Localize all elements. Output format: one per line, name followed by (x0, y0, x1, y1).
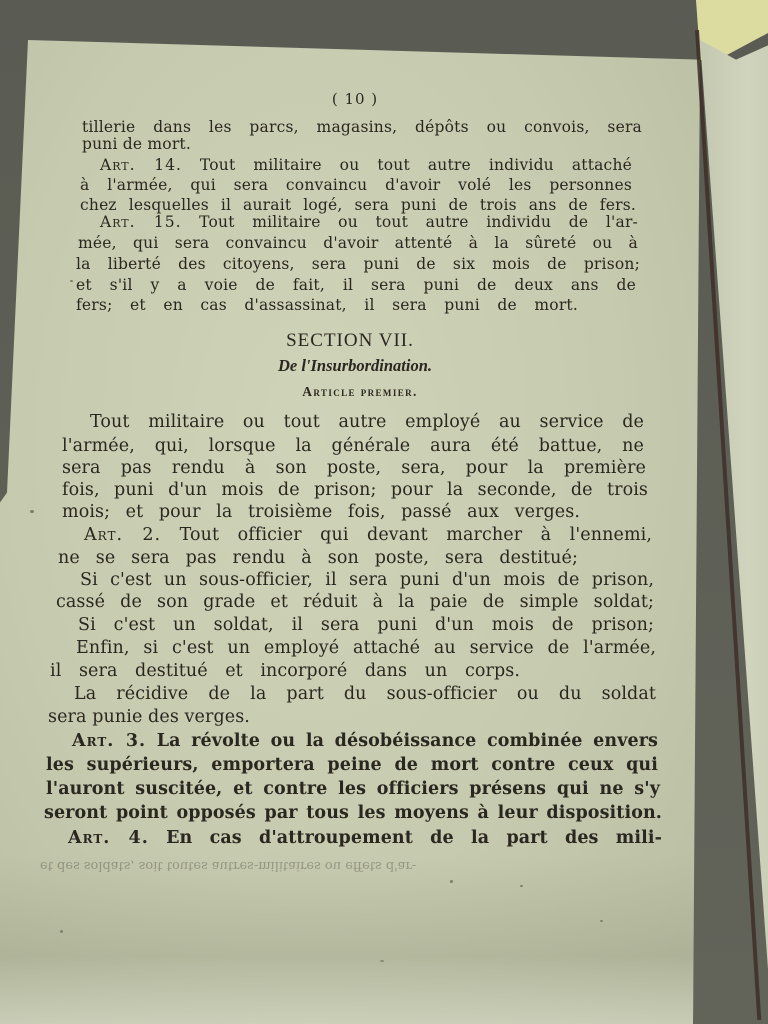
text-line: mois; et pour la troisième fois, passé a… (62, 502, 580, 522)
text-line: l'armée, qui, lorsque la générale aura é… (62, 436, 644, 456)
text-line: chez lesquelles il aurait logé, sera pun… (80, 196, 636, 214)
text-line: Tout officier qui devant marcher à l'enn… (180, 525, 652, 545)
article-14-first-line: Art. 14. Tout militaire ou tout autre in… (100, 156, 632, 174)
article-label: Art. 2. (84, 525, 161, 545)
article-heading: Article premier. (260, 384, 460, 400)
paper-speck (450, 880, 453, 883)
article-4-first-line: Art. 4. En cas d'attroupement de la part… (68, 828, 662, 848)
section-title: SECTION VII. (250, 330, 450, 352)
paper-speck (70, 280, 73, 282)
text-line: il sera destitué et incorporé dans un co… (50, 661, 520, 681)
text-line: La récidive de la part du sous-officier … (74, 684, 656, 704)
text-line: Enfin, si c'est un employé attaché au se… (76, 638, 656, 658)
article-label: Art. 15. (100, 213, 182, 231)
text-line: l'auront suscitée, et contre les officie… (46, 779, 660, 799)
text-line: Si c'est un soldat, il sera puni d'un mo… (78, 615, 654, 635)
bleed-through-text: et des soldats, soit toutes autres-milit… (40, 858, 680, 873)
article-label: Art. 4. (68, 828, 149, 848)
paper-speck (520, 885, 523, 887)
paper-speck (380, 960, 384, 962)
text-line: tillerie dans les parcs, magasins, dépôt… (82, 118, 642, 136)
text-line: Tout militaire ou tout autre individu de… (199, 213, 638, 231)
paper-speck (60, 930, 63, 933)
page-number: ( 10 ) (300, 90, 410, 108)
text-line: Tout militaire ou tout autre individu at… (200, 156, 632, 174)
text-line: La révolte ou la désobéissance combinée … (157, 731, 658, 751)
text-line: puni de mort. (82, 135, 191, 153)
article-2-first-line: Art. 2. Tout officier qui devant marcher… (84, 525, 652, 545)
section-subtitle: De l'Insurbordination. (240, 356, 470, 376)
text-line: les supérieurs, emportera peine de mort … (46, 755, 658, 775)
text-line: fers; et en cas d'assassinat, il sera pu… (76, 296, 578, 314)
facing-page-edge (700, 40, 768, 1024)
text-line: sera punie des verges. (48, 707, 250, 727)
scanned-page-photo: ( 10 ) tillerie dans les parcs, magasins… (0, 0, 768, 1024)
text-line: sera pas rendu à son poste, sera, pour l… (62, 458, 646, 478)
text-line: cassé de son grade et réduit à la paie d… (56, 592, 654, 612)
text-line: En cas d'attroupement de la part des mil… (166, 828, 662, 848)
text-line: ne se sera pas rendu à son poste, sera d… (58, 548, 578, 568)
text-line: seront point opposés par tous les moyens… (44, 803, 662, 823)
text-line: à l'armée, qui sera convaincu d'avoir vo… (80, 176, 632, 194)
article-15-first-line: Art. 15. Tout militaire ou tout autre in… (100, 213, 638, 231)
text-line: fois, puni d'un mois de prison; pour la … (62, 480, 648, 500)
text-line: mée, qui sera convaincu d'avoir attenté … (78, 234, 638, 252)
text-line: Tout militaire ou tout autre employé au … (90, 412, 644, 432)
text-line: Si c'est un sous-officier, il sera puni … (80, 570, 654, 590)
paper-speck (600, 920, 603, 922)
article-3-first-line: Art. 3. La révolte ou la désobéissance c… (72, 731, 658, 751)
text-line: et s'il y a voie de fait, il sera puni d… (76, 276, 636, 294)
article-label: Art. 14. (100, 156, 182, 174)
paper-speck (30, 510, 34, 513)
article-label: Art. 3. (72, 731, 146, 751)
text-line: la liberté des citoyens, sera puni de si… (76, 255, 640, 273)
